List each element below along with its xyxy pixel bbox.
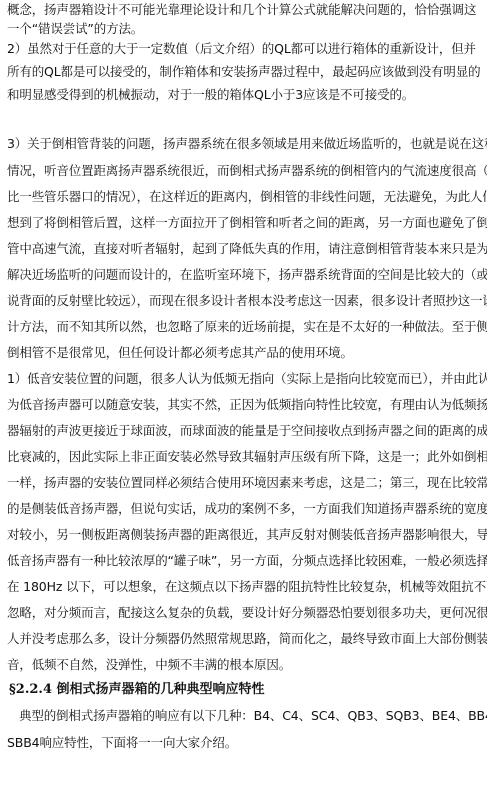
- paragraph-4-line-3: 器辐射的声波更接近于球面波，而球面波的能量是于空间接收点到扬声器之间的距离的成反: [7, 423, 487, 439]
- paragraph-3-line-6: 解决近场监听的问题而设计的，在监听室环境下，扬声器系统背面的空间是比较大的（或者: [7, 267, 487, 283]
- paragraph-3-line-1: 3）关于倒相管背装的问题，扬声器系统在很多领域是用来做近场监听的，也就是说在这种: [7, 136, 487, 152]
- paragraph-4-line-2: 为低音扬声器可以随意安装，其实不然，正因为低频指向特性比较宽，有理由认为低频扬声: [7, 397, 487, 413]
- paragraph-1-line-2: 一个“错误尝试”的方法。: [7, 21, 143, 37]
- paragraph-3-line-3: 比一些管乐器口的情况），在这样近的距离内，倒相管的非线性问题，无法避免，为此人们: [7, 189, 487, 205]
- paragraph-2-line-3: 和明显感受得到的机械振动，对于一般的箱体QL小于3应该是不可接受的。: [7, 87, 414, 103]
- paragraph-3-line-2: 情况，听音位置距离扬声器系统很近，而倒相式扬声器系统的倒相管内的气流速度很高（好: [7, 163, 487, 179]
- paragraph-5-line-1: 典型的倒相式扬声器箱的响应有以下几种：B4、C4、SC4、QB3、SQB3、BE…: [19, 708, 487, 724]
- paragraph-5-line-2: SBB4响应特性，下面将一一向大家介绍。: [7, 735, 237, 751]
- paragraph-4-line-7: 对较小，另一侧板距离侧装扬声器的距离很近，其声反射对侧装低音扬声器影响很大，导致: [7, 527, 487, 543]
- paragraph-4-line-10: 忽略，对分频而言，配接这么复杂的负载，要设计好分频器恐怕要划很多功夫，更何况很多: [7, 605, 487, 621]
- paragraph-4-line-9: 在 180Hz 以下，可以想象，在这频点以下扬声器的阻抗特性比较复杂，机械等效阻…: [7, 579, 487, 595]
- paragraph-3-line-7: 说背面的反射壁比较远），而现在很多设计者根本没考虑这一因素，很多设计者照抄这一设: [7, 293, 487, 309]
- paragraph-4-line-8: 低音扬声器有一种比较浓厚的“罐子味”，另一方面，分频点选择比较困难，一般必须选择: [7, 553, 487, 569]
- paragraph-3-line-4: 想到了将倒相管后置，这样一方面拉开了倒相管和听者之间的距离，另一方面也避免了倒相: [7, 215, 487, 231]
- paragraph-4-line-5: 一样，扬声器的安装位置同样必须结合使用环境因素来考虑，这是二；第三，现在比较常见: [7, 475, 487, 491]
- paragraph-3-line-5: 管中高速气流，直接对听者辐射，起到了降低失真的作用，请注意倒相管背装本来只是为了: [7, 241, 487, 257]
- paragraph-2-line-1: 2）虽然对于任意的大于一定数值（后文介绍）的QL都可以进行箱体的重新设计，但并: [7, 41, 476, 57]
- paragraph-3-line-9: 倒相管不是很常见，但任何设计都必须考虑其产品的使用环境。: [7, 345, 353, 361]
- paragraph-4-line-4: 比衰减的，因此实际上非正面安装必然导致其辐射声压级有所下降，这是一；此外如倒相管: [7, 449, 487, 465]
- paragraph-4-line-1: 1）低音安装位置的问题，很多人认为低频无指向（实际上是指向比较宽而已），并由此认: [7, 371, 487, 387]
- paragraph-4-line-6: 的是侧装低音扬声器，但说句实话，成功的案例不多，一方面我们知道扬声器系统的宽度相: [7, 501, 487, 517]
- paragraph-3-line-8: 计方法，而不知其所以然，也忽略了原来的近场前提，实在是不太好的一种做法。至于侧装: [7, 319, 487, 335]
- paragraph-1-line-1: 概念，扬声器箱设计不可能光靠理论设计和几个计算公式就能解决问题的，恰恰强调这: [7, 2, 476, 18]
- paragraph-4-line-11: 人并没考虑那么多，设计分频器仍然照常规思路，简而化之，最终导致市面上大部份侧装低: [7, 631, 487, 647]
- paragraph-2-line-2: 所有的QL都是可以接受的，制作箱体和安装扬声器过程中，最起码应该做到没有明显的: [7, 64, 480, 80]
- section-heading: §2.2.4 倒相式扬声器箱的几种典型响应特性: [9, 682, 265, 698]
- paragraph-4-line-12: 音，低频不自然，没弹性，中频不丰满的根本原因。: [7, 657, 291, 673]
